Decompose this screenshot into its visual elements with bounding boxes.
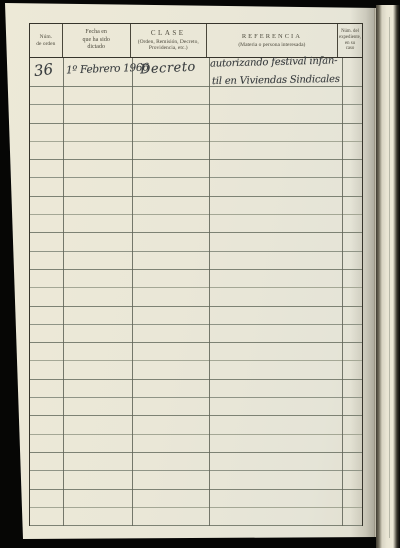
- ledger-empty-row: [30, 178, 362, 196]
- scan-background: { "table": { "headers": { "num": {"line1…: [0, 0, 400, 548]
- column-rule-1: [63, 58, 64, 526]
- ledger-empty-row: [30, 325, 362, 343]
- ledger-empty-row: [30, 343, 362, 361]
- ledger-empty-row: [30, 87, 362, 105]
- header-num-orden: Núm. de orden: [30, 24, 63, 57]
- ledger-empty-row: [30, 471, 362, 489]
- ledger-empty-row: [30, 416, 362, 434]
- ledger-empty-row: [30, 307, 362, 325]
- header-num-expediente: Núm. del expediente, en su caso: [338, 24, 362, 57]
- next-page-edge: [376, 5, 400, 548]
- table-header-row: Núm. de orden Fecha en que ha sido dicta…: [30, 24, 362, 58]
- ledger-empty-row: [30, 361, 362, 379]
- column-rule-3: [209, 58, 210, 526]
- ledger-empty-row: [30, 197, 362, 215]
- ledger-empty-row: [30, 288, 362, 306]
- ledger-empty-row: [30, 453, 362, 471]
- ledger-empty-row: [30, 124, 362, 142]
- registry-table: Núm. de orden Fecha en que ha sido dicta…: [29, 23, 363, 526]
- ledger-empty-row: [30, 160, 362, 178]
- handwritten-entry-referencia-line2: til en Viviendas Sindicales: [212, 74, 340, 87]
- column-rule-2: [132, 58, 133, 526]
- ledger-empty-row: [30, 215, 362, 233]
- ledger-empty-row: [30, 490, 362, 508]
- ledger-empty-row: [30, 233, 362, 251]
- header-fecha: Fecha en que ha sido dictado: [63, 24, 131, 57]
- ledger-empty-row: [30, 508, 362, 526]
- header-referencia: REFERENCIA (Materia o persona interesada…: [207, 24, 338, 57]
- ledger-empty-row: [30, 435, 362, 453]
- ledger-empty-row: [30, 270, 362, 288]
- ledger-empty-row: [30, 105, 362, 123]
- ledger-page: Núm. de orden Fecha en que ha sido dicta…: [0, 0, 400, 548]
- header-clase: CLASE (Orden, Remisión, Decreto, Provide…: [131, 24, 207, 57]
- column-rule-4: [342, 58, 343, 526]
- handwritten-entry-number: 36: [33, 60, 54, 80]
- ledger-empty-row: [30, 142, 362, 160]
- next-page-rule: [389, 17, 390, 538]
- ledger-empty-row: [30, 398, 362, 416]
- table-body: [30, 58, 362, 526]
- handwritten-entry-clase: Decreto: [140, 60, 197, 78]
- ledger-empty-row: [30, 380, 362, 398]
- ledger-empty-row: [30, 252, 362, 270]
